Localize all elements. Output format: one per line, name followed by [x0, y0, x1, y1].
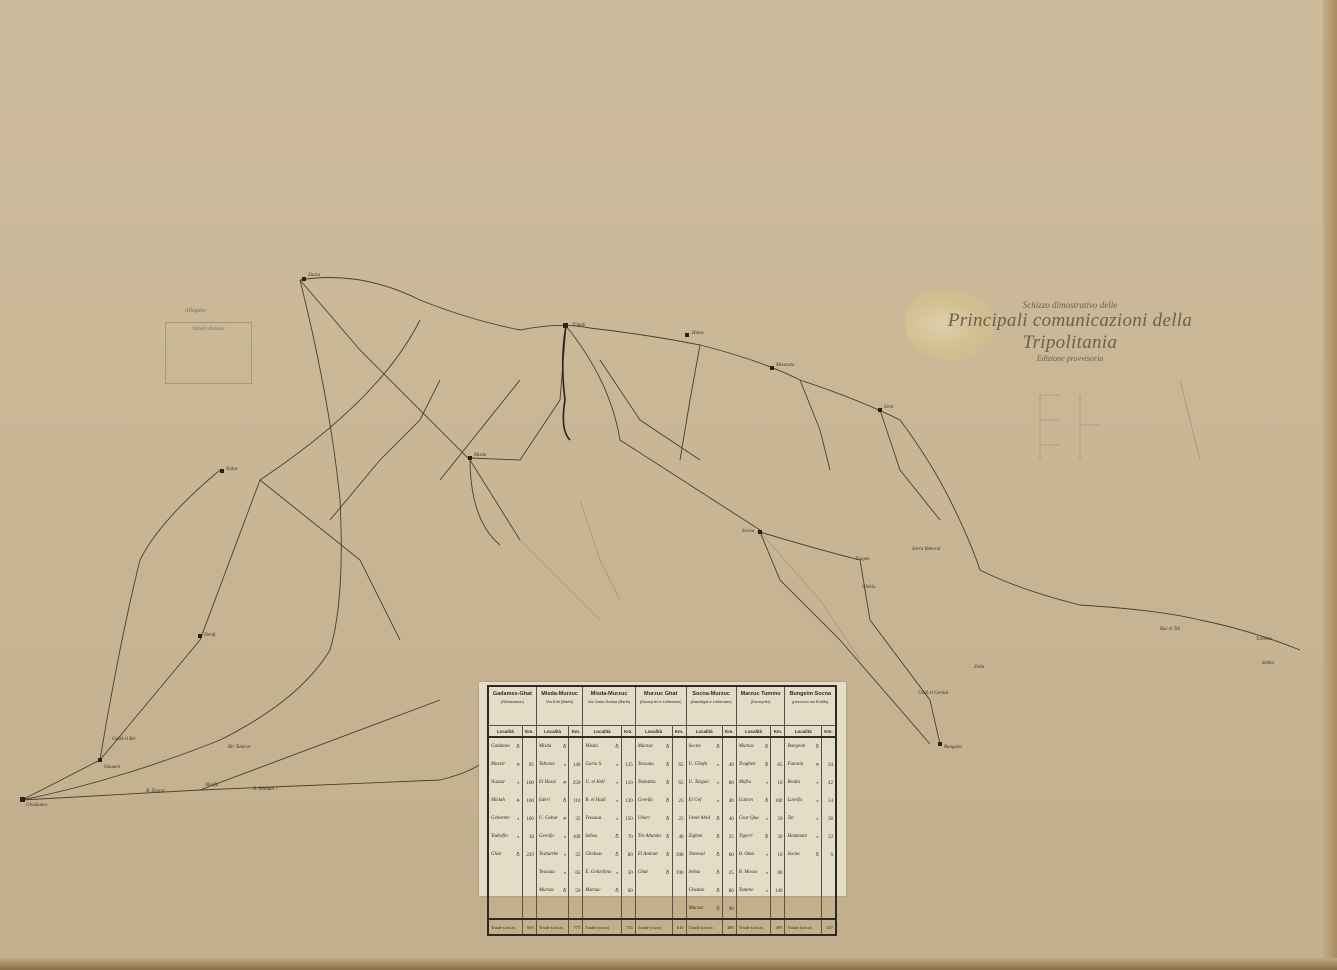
table-row: ♁Murzuc50♁Murzuc60♁Gheduo80∘Tummo140: [488, 882, 836, 900]
km-column-header: Km.: [569, 726, 583, 738]
svg-text:Bungeim: Bungeim: [944, 745, 962, 750]
svg-text:Bir Tumrat: Bir Tumrat: [228, 745, 251, 750]
table-row: ∘Tadesfin18∘Gereifa100♁Sebsa70♁Tin Abund…: [488, 828, 836, 846]
stop-km: [522, 900, 536, 919]
km-column-header: Km.: [771, 726, 785, 738]
locality-column-header: Località: [583, 726, 621, 738]
route-header: Socna-Murzuc(Nachtigal e Lellemare): [686, 686, 736, 726]
stop-km: [822, 882, 837, 900]
stop-name: ∘B. Omà: [736, 846, 771, 864]
table-header-row: Gadames-Ghat(Richardson) Misda-MurzucVia…: [488, 686, 836, 726]
stop-name: ♁Murzuc: [686, 900, 722, 919]
left-legend-box: Tabella distanze: [165, 322, 252, 384]
pool-icon: ∘: [563, 762, 566, 768]
pool-icon: ∘: [717, 780, 720, 786]
stop-name: ⟡U. Gobar: [536, 810, 569, 828]
stop-name: [488, 882, 522, 900]
stop-name: ♁Socna: [785, 846, 822, 864]
well-icon: ♁: [716, 870, 720, 876]
total-label: Totale (circa): [488, 919, 522, 935]
total-label: Totale (circa): [785, 919, 822, 935]
total-km: 495: [771, 919, 785, 935]
faint-map-legend: [1020, 385, 1140, 465]
stop-name: [736, 900, 771, 919]
route-header: Marzuc Tummo(Duveyrier): [736, 686, 785, 726]
stop-km: 200: [672, 846, 686, 864]
km-column-header: Km.: [672, 726, 686, 738]
stop-name: ♁Bungeim: [785, 737, 822, 756]
stop-km: [822, 737, 837, 756]
stop-name: ♁Temesal: [686, 846, 722, 864]
stop-km: 40: [722, 756, 736, 774]
stop-km: 10: [771, 774, 785, 792]
stop-km: 60: [771, 864, 785, 882]
well-icon: ♁: [666, 780, 670, 786]
stop-km: 50: [621, 864, 635, 882]
stop-km: 90: [722, 900, 736, 919]
stop-km: 33: [822, 828, 837, 846]
stop-name: ∘U. Targan: [686, 774, 722, 792]
stop-km: 60: [722, 846, 736, 864]
stop-name: ⟡El Hassi: [536, 774, 569, 792]
stop-name: ∘Mafra: [736, 774, 771, 792]
stop-km: [822, 900, 837, 919]
well-icon: ♁: [716, 816, 720, 822]
route-distance-table-card: Gadames-Ghat(Richardson) Misda-MurzucVia…: [479, 682, 846, 896]
stop-km: 50: [569, 882, 583, 900]
stop-km: 70: [621, 828, 635, 846]
pool-icon: ∘: [717, 798, 720, 804]
stop-km: 100: [522, 810, 536, 828]
stop-km: 150: [621, 810, 635, 828]
well-icon: ♁: [615, 744, 619, 750]
svg-text:Sebka: Sebka: [1262, 661, 1274, 666]
svg-text:Zuara: Zuara: [308, 273, 321, 278]
stop-name: ∘Tessaua: [536, 864, 569, 882]
stop-km: 80: [722, 882, 736, 900]
table-row: ∘Tessaua65∘E. Gelarlimo50♁Ghat190♁Sebsa2…: [488, 864, 836, 882]
svg-text:Abalfa: Abalfa: [204, 783, 219, 788]
stop-name: ∘E. Gelarlimo: [583, 864, 621, 882]
stop-name: ∘El Gef: [686, 792, 722, 810]
pool-icon: ∘: [616, 780, 619, 786]
route-header: Misda-MurzucVia Edri (Barth): [536, 686, 583, 726]
stop-name: [635, 900, 672, 919]
pool-icon: ∘: [616, 798, 619, 804]
left-legend-title: Tabella distanze: [166, 327, 251, 332]
stop-km: 80: [621, 846, 635, 864]
stop-km: [569, 737, 583, 756]
stop-km: 140: [569, 756, 583, 774]
cistern-icon: ⟡: [517, 798, 520, 804]
svg-text:Tolmeta: Tolmeta: [1256, 637, 1272, 642]
stop-km: [569, 900, 583, 919]
paper-edge-bottom: [0, 958, 1337, 970]
svg-text:Taagen: Taagen: [855, 557, 870, 562]
svg-text:Zella: Zella: [974, 665, 985, 670]
well-icon: ♁: [666, 744, 670, 750]
stop-km: 25: [672, 792, 686, 810]
stop-km: 40: [722, 792, 736, 810]
svg-text:Ras el Tin: Ras el Tin: [1159, 627, 1181, 632]
stop-km: 65: [672, 756, 686, 774]
stop-name: ♁Gadames: [488, 737, 522, 756]
km-column-header: Km.: [522, 726, 536, 738]
stop-name: ∘U. Ghofa: [686, 756, 722, 774]
pool-icon: ∘: [517, 816, 520, 822]
pool-icon: ∘: [816, 834, 819, 840]
svg-text:Homs: Homs: [691, 331, 704, 336]
stop-name: ♁Ghat: [635, 864, 672, 882]
well-icon: ♁: [666, 834, 670, 840]
locality-column-header: Località: [536, 726, 569, 738]
stop-name: ♁Sebsa: [583, 828, 621, 846]
table-row: ♁Ghat220∘Tesharthe25♁Gheluas80♁El Aminat…: [488, 846, 836, 864]
stop-name: ♁Murzuc: [635, 737, 672, 756]
route-header: Gadames-Ghat(Richardson): [488, 686, 536, 726]
total-km: 745: [621, 919, 635, 935]
stop-name: ♁Sebsa: [686, 864, 722, 882]
stop-name: ∘Tadesfin: [488, 828, 522, 846]
stop-name: ♁Gheduo: [686, 882, 722, 900]
well-icon: ♁: [516, 852, 520, 858]
stop-km: 110: [569, 792, 583, 810]
stop-km: [771, 900, 785, 919]
svg-text:Ghadames: Ghadames: [26, 803, 47, 808]
stop-name: ∘Ceur Qua: [736, 810, 771, 828]
well-icon: ♁: [563, 888, 567, 894]
left-note-heading: Allegato: [185, 308, 205, 314]
locality-column-header: Località: [785, 726, 822, 738]
svg-text:B. Mimum ?: B. Mimum ?: [253, 787, 278, 792]
svg-text:Mizda: Mizda: [473, 453, 487, 458]
well-icon: ♁: [716, 852, 720, 858]
stop-name: ∘B. Mosso: [736, 864, 771, 882]
table-row: ⟡Mazeir95∘Tabonie140∘Garia S.135♁Tessaua…: [488, 756, 836, 774]
pool-icon: ∘: [765, 816, 768, 822]
well-icon: ♁: [666, 816, 670, 822]
stop-name: [785, 900, 822, 919]
stop-name: ♁El Aminat: [635, 846, 672, 864]
pool-icon: ∘: [563, 834, 566, 840]
stop-km: [672, 737, 686, 756]
stop-name: ⟡Mislah: [488, 792, 522, 810]
well-icon: ♁: [516, 744, 520, 750]
stop-km: 40: [722, 810, 736, 828]
svg-text:Sirte: Sirte: [884, 405, 894, 410]
route-header: Murzuc Ghat(Duveyrier e Lellemare): [635, 686, 686, 726]
stop-km: 6: [822, 846, 837, 864]
total-label: Totale (circa): [536, 919, 569, 935]
svg-text:Nalut: Nalut: [225, 467, 238, 472]
stop-km: 250: [569, 774, 583, 792]
pool-icon: ∘: [765, 852, 768, 858]
stop-km: [722, 737, 736, 756]
total-label: Totale (circa): [736, 919, 771, 935]
total-label: Totale (circa): [686, 919, 722, 935]
svg-text:Gadd el Bir: Gadd el Bir: [112, 737, 136, 742]
svg-text:Sinauen: Sinauen: [104, 765, 121, 770]
well-icon: ♁: [765, 834, 769, 840]
stop-name: ⟡Mazeir: [488, 756, 522, 774]
stop-name: ♁Ederi: [536, 792, 569, 810]
stop-km: 110: [621, 774, 635, 792]
pool-icon: ∘: [517, 834, 520, 840]
map-subtitle: Edizione provvisoria: [940, 354, 1200, 363]
stop-km: 65: [569, 864, 583, 882]
pool-icon: ∘: [563, 852, 566, 858]
well-icon: ♁: [765, 762, 769, 768]
stop-km: 190: [672, 864, 686, 882]
stop-name: ♁Ubari: [635, 810, 672, 828]
well-icon: ♁: [716, 888, 720, 894]
stop-name: ♁Murzuc: [736, 737, 771, 756]
stop-km: 54: [822, 792, 837, 810]
cistern-icon: ⟡: [563, 780, 566, 786]
stop-km: [672, 882, 686, 900]
total-km: 775: [569, 919, 583, 935]
total-label: Totale (circa): [583, 919, 621, 935]
svg-text:Misurata: Misurata: [775, 363, 795, 368]
stop-name: ♁Ghat: [488, 846, 522, 864]
stop-name: ∘Bestla: [785, 774, 822, 792]
stop-name: ∘Tesharthe: [536, 846, 569, 864]
stop-name: ♁Umel Abid: [686, 810, 722, 828]
locality-column-header: Località: [635, 726, 672, 738]
stop-km: [771, 737, 785, 756]
table-row: ♁Gadames♁Misda♁Misda♁Murzuc♁Socna♁Murzuc…: [488, 737, 836, 756]
pool-icon: ∘: [717, 762, 720, 768]
stop-km: [522, 737, 536, 756]
stop-name: [635, 882, 672, 900]
pool-icon: ∘: [816, 816, 819, 822]
total-km: 480: [722, 919, 736, 935]
well-icon: ♁: [563, 798, 567, 804]
stop-name: [488, 900, 522, 919]
km-column-header: Km.: [722, 726, 736, 738]
svg-text:Chelia: Chelia: [862, 585, 876, 590]
stop-name: [785, 864, 822, 882]
stop-name: [785, 882, 822, 900]
stop-name: ♁Gereifa: [635, 792, 672, 810]
route-header: Bungeim Socna(percorso da Rohlfs): [785, 686, 836, 726]
well-icon: ♁: [815, 852, 819, 858]
stop-km: 34: [822, 756, 837, 774]
stop-name: ♁Murzuc: [583, 882, 621, 900]
stop-name: ∘Nazzar: [488, 774, 522, 792]
total-km: 207: [822, 919, 837, 935]
pool-icon: ∘: [816, 780, 819, 786]
stop-name: ∘Tar: [785, 810, 822, 828]
well-icon: ♁: [765, 798, 769, 804]
well-icon: ♁: [615, 834, 619, 840]
stop-name: ∘Tessaua: [583, 810, 621, 828]
stop-name: ♁Misda: [583, 737, 621, 756]
stop-name: [488, 864, 522, 882]
pool-icon: ∘: [563, 870, 566, 876]
stop-km: 60: [621, 882, 635, 900]
map-title-block: Schizzo dimostrativo delle Principali co…: [940, 300, 1200, 363]
stop-km: [522, 882, 536, 900]
stop-km: 35: [569, 810, 583, 828]
paper-edge-right: [1323, 0, 1337, 970]
stop-km: 40: [672, 828, 686, 846]
cistern-icon: ⟡: [517, 762, 520, 768]
table-row: ♁Murzuc90: [488, 900, 836, 919]
well-icon: ♁: [666, 870, 670, 876]
stop-name: ♁Socna: [686, 737, 722, 756]
well-icon: ♁: [666, 798, 670, 804]
stop-name: ♁Gheluas: [583, 846, 621, 864]
table-row: ∘Nazzar160⟡El Hassi250∘U. el Kell110♁Tes…: [488, 774, 836, 792]
stop-name: ♁Tin Abunda: [635, 828, 672, 846]
map-sheet: Tripoli Zuara Homs Misurata Sirte Nalut …: [0, 0, 1337, 970]
stop-name: [583, 900, 621, 919]
stop-name: ∘B. el Hadi: [583, 792, 621, 810]
stop-name: ♁Murzuc: [536, 882, 569, 900]
stop-km: 95: [522, 756, 536, 774]
stop-name: ∘Geberten: [488, 810, 522, 828]
well-icon: ♁: [716, 834, 720, 840]
locality-column-header: Località: [736, 726, 771, 738]
pool-icon: ∘: [816, 798, 819, 804]
stop-km: 65: [771, 756, 785, 774]
stop-km: 80: [722, 774, 736, 792]
svg-text:B. Zegrat: B. Zegrat: [146, 789, 166, 794]
stop-name: ∘Lareifa: [785, 792, 822, 810]
well-icon: ♁: [666, 852, 670, 858]
stop-km: 100: [771, 792, 785, 810]
cistern-icon: ⟡: [816, 762, 819, 768]
svg-text:Sorra Beherai: Sorra Beherai: [912, 547, 941, 552]
pool-icon: ∘: [616, 870, 619, 876]
stop-km: 25: [672, 810, 686, 828]
stop-km: 50: [771, 810, 785, 828]
stop-name: ♁Tessaua: [635, 756, 672, 774]
well-icon: ♁: [563, 744, 567, 750]
well-icon: ♁: [716, 744, 720, 750]
totals-row: Totale (circa)693Totale (circa)775Totale…: [488, 919, 836, 935]
locality-column-header: Località: [686, 726, 722, 738]
table-row: ∘Geberten100⟡U. Gobar35∘Tessaua150♁Ubari…: [488, 810, 836, 828]
stop-name: ⟡Fatonia: [785, 756, 822, 774]
stop-name: ♁Zighen: [686, 828, 722, 846]
svg-text:Derdj: Derdj: [203, 633, 216, 638]
total-km: 610: [672, 919, 686, 935]
svg-text:Uadi el Gerbal: Uadi el Gerbal: [918, 691, 949, 696]
svg-text:Tripoli: Tripoli: [572, 323, 586, 328]
stop-name: [536, 900, 569, 919]
route-header: Misda-MurzucVia Gariu-Sebsa (Barth): [583, 686, 635, 726]
stop-km: 140: [771, 882, 785, 900]
stop-km: [822, 864, 837, 882]
well-icon: ♁: [765, 744, 769, 750]
km-column-header: Km.: [621, 726, 635, 738]
stop-name: ∘Gereifa: [536, 828, 569, 846]
stop-name: ♁Misda: [536, 737, 569, 756]
stop-name: ∘Garia S.: [583, 756, 621, 774]
cistern-icon: ⟡: [563, 816, 566, 822]
pool-icon: ∘: [765, 870, 768, 876]
stop-km: 100: [569, 828, 583, 846]
stop-name: ∘Tummo: [736, 882, 771, 900]
well-icon: ♁: [815, 744, 819, 750]
route-distance-table: Gadames-Ghat(Richardson) Misda-MurzucVia…: [487, 685, 837, 936]
well-icon: ♁: [716, 906, 720, 912]
km-column-header: Km.: [822, 726, 837, 738]
stop-km: [522, 864, 536, 882]
stop-km: [672, 900, 686, 919]
stop-km: 25: [722, 828, 736, 846]
pool-icon: ∘: [765, 780, 768, 786]
stop-km: 100: [522, 792, 536, 810]
stop-name: ♁Tigerri: [736, 828, 771, 846]
stop-km: 38: [822, 810, 837, 828]
title-prefix: Schizzo dimostrativo delle: [940, 300, 1200, 310]
stop-name: ♁Gatron: [736, 792, 771, 810]
table-row: ⟡Mislah100♁Ederi110∘B. el Hadi130♁Gereif…: [488, 792, 836, 810]
pool-icon: ∘: [765, 888, 768, 894]
svg-text:Socna: Socna: [742, 529, 755, 534]
stop-km: 25: [722, 864, 736, 882]
well-icon: ♁: [666, 762, 670, 768]
stop-km: 220: [522, 846, 536, 864]
stop-km: 135: [621, 756, 635, 774]
pool-icon: ∘: [616, 762, 619, 768]
stop-km: [621, 900, 635, 919]
total-km: 693: [522, 919, 536, 935]
main-road-tripoli: [563, 326, 570, 440]
total-label: Totale (circa): [635, 919, 672, 935]
stop-name: ∘Hammam: [785, 828, 822, 846]
stop-name: ∘Tabonie: [536, 756, 569, 774]
stop-km: 160: [522, 774, 536, 792]
pool-icon: ∘: [517, 780, 520, 786]
well-icon: ♁: [615, 888, 619, 894]
stop-km: 10: [771, 846, 785, 864]
stop-km: 130: [621, 792, 635, 810]
stop-km: [621, 737, 635, 756]
stop-km: 18: [522, 828, 536, 846]
stop-name: ♁Traghen: [736, 756, 771, 774]
well-icon: ♁: [615, 852, 619, 858]
pool-icon: ∘: [616, 816, 619, 822]
column-header-row: LocalitàKm.LocalitàKm.LocalitàKm.Localit…: [488, 726, 836, 738]
stop-name: ♁Teskattia: [635, 774, 672, 792]
stop-km: 42: [822, 774, 837, 792]
map-title: Principali comunicazioni della Tripolita…: [940, 310, 1200, 354]
locality-column-header: Località: [488, 726, 522, 738]
stop-name: ∘U. el Kell: [583, 774, 621, 792]
stop-km: 30: [771, 828, 785, 846]
stop-km: 25: [569, 846, 583, 864]
stop-km: 65: [672, 774, 686, 792]
